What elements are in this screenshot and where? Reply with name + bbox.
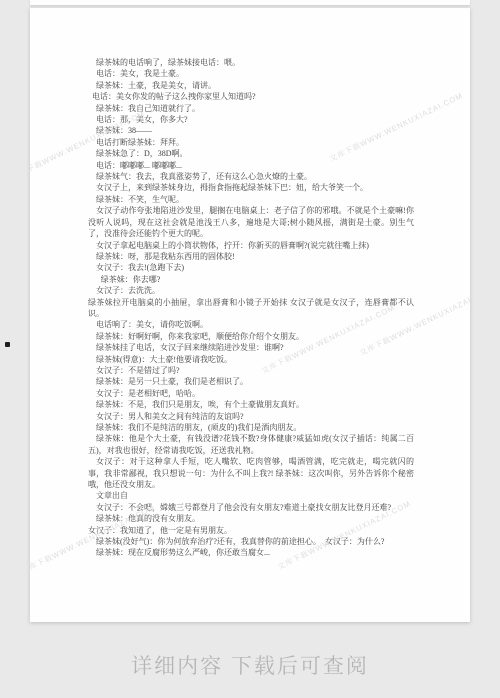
doc-paragraph: 绿茶妹：呀，那是我粘东西用的固体胶! [88, 251, 414, 262]
doc-paragraph: 绿茶妹：土豪，我是美女，请讲。 [88, 80, 414, 91]
doc-paragraph: 女汉子：对于这种拿人手短，吃人嘴软、吃肉管够，喝酒管满，吃完就走，喝完就闪的事，… [88, 456, 414, 490]
doc-paragraph: 绿茶妹：不是，我们只是朋友，唉，有个土豪做朋友真好。 [88, 399, 414, 410]
doc-paragraph: 女汉子：是老相好吧，哈哈。 [88, 388, 414, 399]
doc-paragraph: 女汉子：男人和美女之间有纯洁的友谊吗? [88, 411, 414, 422]
doc-paragraph: 女汉子：我知道了，他一定是有男朋友。 [88, 525, 414, 536]
preview-screen: 绿茶妹的电话响了，绿茶妹接电话：喂。电话：美女，我是土豪。绿茶妹：土豪，我是美女… [0, 0, 500, 698]
document-page: 绿茶妹的电话响了，绿茶妹接电话：喂。电话：美女，我是土豪。绿茶妹：土豪，我是美女… [30, 8, 470, 622]
doc-paragraph: 电话：美女，我是土豪。 [88, 68, 414, 79]
doc-paragraph: 绿茶妹：是另一只土豪，我们是老相识了。 [88, 376, 414, 387]
doc-paragraph: 绿茶妹：好啊好啊，你来我家吧，顺便给你介绍个女朋友。 [88, 331, 414, 342]
doc-paragraph: 绿茶妹：他真的没有女朋友。 [88, 513, 414, 524]
document-content: 绿茶妹的电话响了，绿茶妹接电话：喂。电话：美女，我是土豪。绿茶妹：土豪，我是美女… [88, 57, 414, 559]
previous-page-edge [30, 0, 470, 5]
doc-paragraph: 电话：美女你发的帖子这么拽你家里人知道吗? [88, 91, 414, 102]
doc-paragraph: 女汉子拿起电脑桌上的小筒状物体，拧开：你新买的唇膏啊?(说完就往嘴上抹) [88, 240, 414, 251]
doc-paragraph: 绿茶妹：38—— [88, 125, 414, 136]
doc-paragraph: 绿茶妹(得意)：大土豪!他要请我吃饭。 [88, 354, 414, 365]
doc-paragraph: 文章出自 [88, 490, 414, 501]
doc-paragraph: 女汉子：不是错过了吗? [88, 365, 414, 376]
doc-paragraph: 绿茶妹拉开电脑桌的小抽屉，拿出唇膏和小镜子开始抹 女汉子就是女汉子，连唇膏都不认… [88, 297, 414, 320]
doc-paragraph: 电话：那，美女，你多大? [88, 114, 414, 125]
doc-paragraph: 绿茶妹：我们不是纯洁的朋友，(顽皮的)我们是酒肉朋友。 [88, 422, 414, 433]
doc-paragraph: 绿茶妹：你去哪? [88, 274, 414, 285]
doc-paragraph: 绿茶妹急了：D，38D啊。 [88, 148, 414, 159]
doc-paragraph: 绿茶妹：我自己知道就行了。 [88, 103, 414, 114]
doc-paragraph: 女汉子动作夸张地陷进沙发里，腿搁在电脑桌上：老子信了你的邪哦。不就是个土豪嘛!你… [88, 205, 414, 239]
doc-paragraph: 女汉子：不会吧，嫦娥三号都登月了他会没有女朋友?难道土豪找女朋友比登月还难? [88, 502, 414, 513]
doc-paragraph: 绿茶妹：现在反腐形势这么严峻，你还敢当腐女... [88, 547, 414, 558]
doc-paragraph: 绿茶妹：他是个大土豪，有钱没谱?花钱不数?身体健康?威猛如虎(女汉子插话：纯属二… [88, 433, 414, 456]
doc-paragraph: 女汉子：我去!(急跑下去) [88, 262, 414, 273]
doc-paragraph: 电话响了：美女，请你吃饭啊。 [88, 319, 414, 330]
doc-paragraph: 绿茶妹的电话响了，绿茶妹接电话：喂。 [88, 57, 414, 68]
doc-paragraph: 女汉子：去洗洗。 [88, 285, 414, 296]
doc-paragraph: 绿茶妹：不笑，生气呢。 [88, 194, 414, 205]
doc-paragraph: 电话：嘟嘟嘟... 嘟嘟嘟... [88, 160, 414, 171]
doc-paragraph: 绿茶妹气：我去，我真涨姿势了，还有这么心急火燎的土豪。 [88, 171, 414, 182]
doc-paragraph: 绿茶妹挂了电话，女汉子回来继续陷进沙发里：谁啊? [88, 342, 414, 353]
doc-paragraph: 电话打断绿茶妹：拜拜。 [88, 137, 414, 148]
doc-paragraph: 女汉子上，来到绿茶妹身边，拇指食指拖起绿茶妹下巴：妞，给大爷笑一个。 [88, 182, 414, 193]
doc-paragraph: 绿茶妹(没好气)：你为何放弃治疗?还有，我真替你的前途担心。 女汉子：为什么? [88, 536, 414, 547]
side-dot-marker [5, 342, 10, 347]
footer-caption: 详细内容 下载后可查阅 [0, 650, 500, 680]
